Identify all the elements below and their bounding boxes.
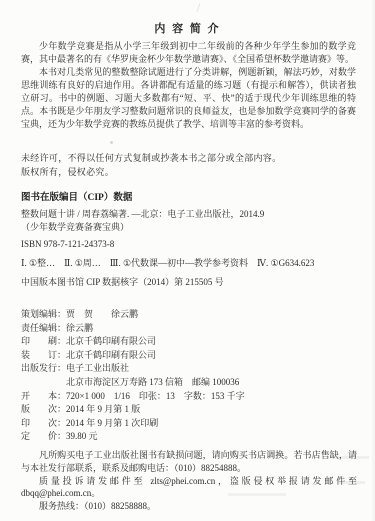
pub-label: 版 次： bbox=[21, 403, 66, 417]
pub-row-publisher: 出版发行： 电子工业出版社 bbox=[21, 362, 361, 376]
pub-label: 出版发行： bbox=[21, 362, 66, 376]
copyright-notice-line-2: 版权所有，侵权必究。 bbox=[21, 166, 356, 180]
service-note-exchange: 凡所购买电子工业出版社图书有缺损问题，请向购买书店调换。若书店售缺，请与本社发行… bbox=[21, 449, 357, 475]
cip-title-line: 整数问题十讲 / 周春荔编著. —北京：电子工业出版社，2014.9 bbox=[21, 208, 361, 221]
scan-edge-shading bbox=[371, 0, 375, 521]
scan-mark-top bbox=[191, 3, 201, 12]
pub-value: 贾 贺 徐云鹏 bbox=[66, 308, 138, 322]
pub-row-format: 开 本： 720×1 000 1/16 印张：13 字数：153 千字 bbox=[21, 390, 361, 404]
copyright-notice-block: 未经许可，不得以任何方式复制或抄袭本书之部分或全部内容。 版权所有，侵权必究。 bbox=[21, 152, 356, 179]
publication-details-block: 策划编辑： 贾 贺 徐云鹏 责任编辑： 徐云鹏 印 刷： 北京千鹤印刷有限公司 … bbox=[21, 308, 361, 444]
content-summary-block: 少年数学竞赛是指从小学三年级到初中二年级前的各种少年学生参加的数学竞赛，其中最著… bbox=[21, 40, 356, 131]
pub-row-planning-editor: 策划编辑： 贾 贺 徐云鹏 bbox=[21, 308, 361, 322]
summary-paragraph-1: 少年数学竞赛是指从小学三年级到初中二年级前的各种少年学生参加的数学竞赛，其中最著… bbox=[21, 40, 356, 66]
pub-label: 印 刷： bbox=[21, 335, 66, 349]
cip-classification: Ⅰ. ①整… Ⅱ. ①周… Ⅲ. ①代数课—初中—教学参考资料 Ⅳ. ①G634… bbox=[21, 257, 361, 270]
pub-value: 徐云鹏 bbox=[66, 322, 93, 336]
cip-isbn: ISBN 978-7-121-24373-8 bbox=[21, 238, 361, 251]
pub-row-address: 北京市海淀区万寿路 173 信箱 邮编 100036 bbox=[21, 376, 361, 390]
pub-row-duty-editor: 责任编辑： 徐云鹏 bbox=[21, 322, 361, 336]
pub-value: 北京市海淀区万寿路 173 信箱 邮编 100036 bbox=[66, 376, 239, 390]
pub-label: 定 价： bbox=[21, 430, 66, 444]
pub-row-impression: 印 次： 2014 年 9 月第 1 次印刷 bbox=[21, 417, 361, 431]
pub-value: 电子工业出版社 bbox=[66, 362, 129, 376]
pub-label: 策划编辑： bbox=[21, 308, 66, 322]
cip-series-line: （少年数学竞赛备赛宝典） bbox=[21, 221, 361, 234]
service-note-hotline: 服务热线：（010）88258888。 bbox=[21, 500, 357, 513]
service-notes-block: 凡所购买电子工业出版社图书有缺损问题，请向购买书店调换。若书店售缺，请与本社发行… bbox=[21, 449, 357, 513]
content-summary-title: 内 容 简 介 bbox=[0, 20, 375, 36]
cip-heading: 图书在版编目（CIP）数据 bbox=[21, 192, 361, 205]
pub-label: 装 订： bbox=[21, 349, 66, 363]
summary-paragraph-2: 本书对几类常见的整数整除试题进行了分类讲解，例题新颖，解法巧妙，对数学思维训练有… bbox=[21, 66, 356, 131]
pub-value: 北京千鹤印刷有限公司 bbox=[66, 335, 156, 349]
pub-label: 责任编辑： bbox=[21, 322, 66, 336]
pub-value: 2014 年 9 月第 1 版 bbox=[66, 403, 140, 417]
pub-value: 北京千鹤印刷有限公司 bbox=[66, 349, 156, 363]
cip-record-number: 中国版本图书馆 CIP 数据核字（2014）第 215505 号 bbox=[21, 276, 361, 289]
cip-data-block: 图书在版编目（CIP）数据 整数问题十讲 / 周春荔编著. —北京：电子工业出版… bbox=[21, 192, 361, 289]
pub-row-edition: 版 次： 2014 年 9 月第 1 版 bbox=[21, 403, 361, 417]
pub-value: 2014 年 9 月第 1 次印刷 bbox=[66, 417, 158, 431]
pub-row-price: 定 价： 39.80 元 bbox=[21, 430, 361, 444]
pub-value: 720×1 000 1/16 印张：13 字数：153 千字 bbox=[66, 390, 245, 404]
pub-row-binding: 装 订： 北京千鹤印刷有限公司 bbox=[21, 349, 361, 363]
pub-label: 开 本： bbox=[21, 390, 66, 404]
service-note-emails: 质量投诉请发邮件至 zlts@phei.com.cn，盗版侵权举报请发邮件至 d… bbox=[21, 475, 357, 501]
pub-label: 印 次： bbox=[21, 417, 66, 431]
scan-dot bbox=[110, 141, 113, 144]
pub-value: 39.80 元 bbox=[66, 430, 98, 444]
pub-row-printing: 印 刷： 北京千鹤印刷有限公司 bbox=[21, 335, 361, 349]
copyright-notice-line-1: 未经许可，不得以任何方式复制或抄袭本书之部分或全部内容。 bbox=[21, 152, 356, 166]
book-copyright-page: 内 容 简 介 少年数学竞赛是指从小学三年级到初中二年级前的各种少年学生参加的数… bbox=[0, 0, 375, 521]
